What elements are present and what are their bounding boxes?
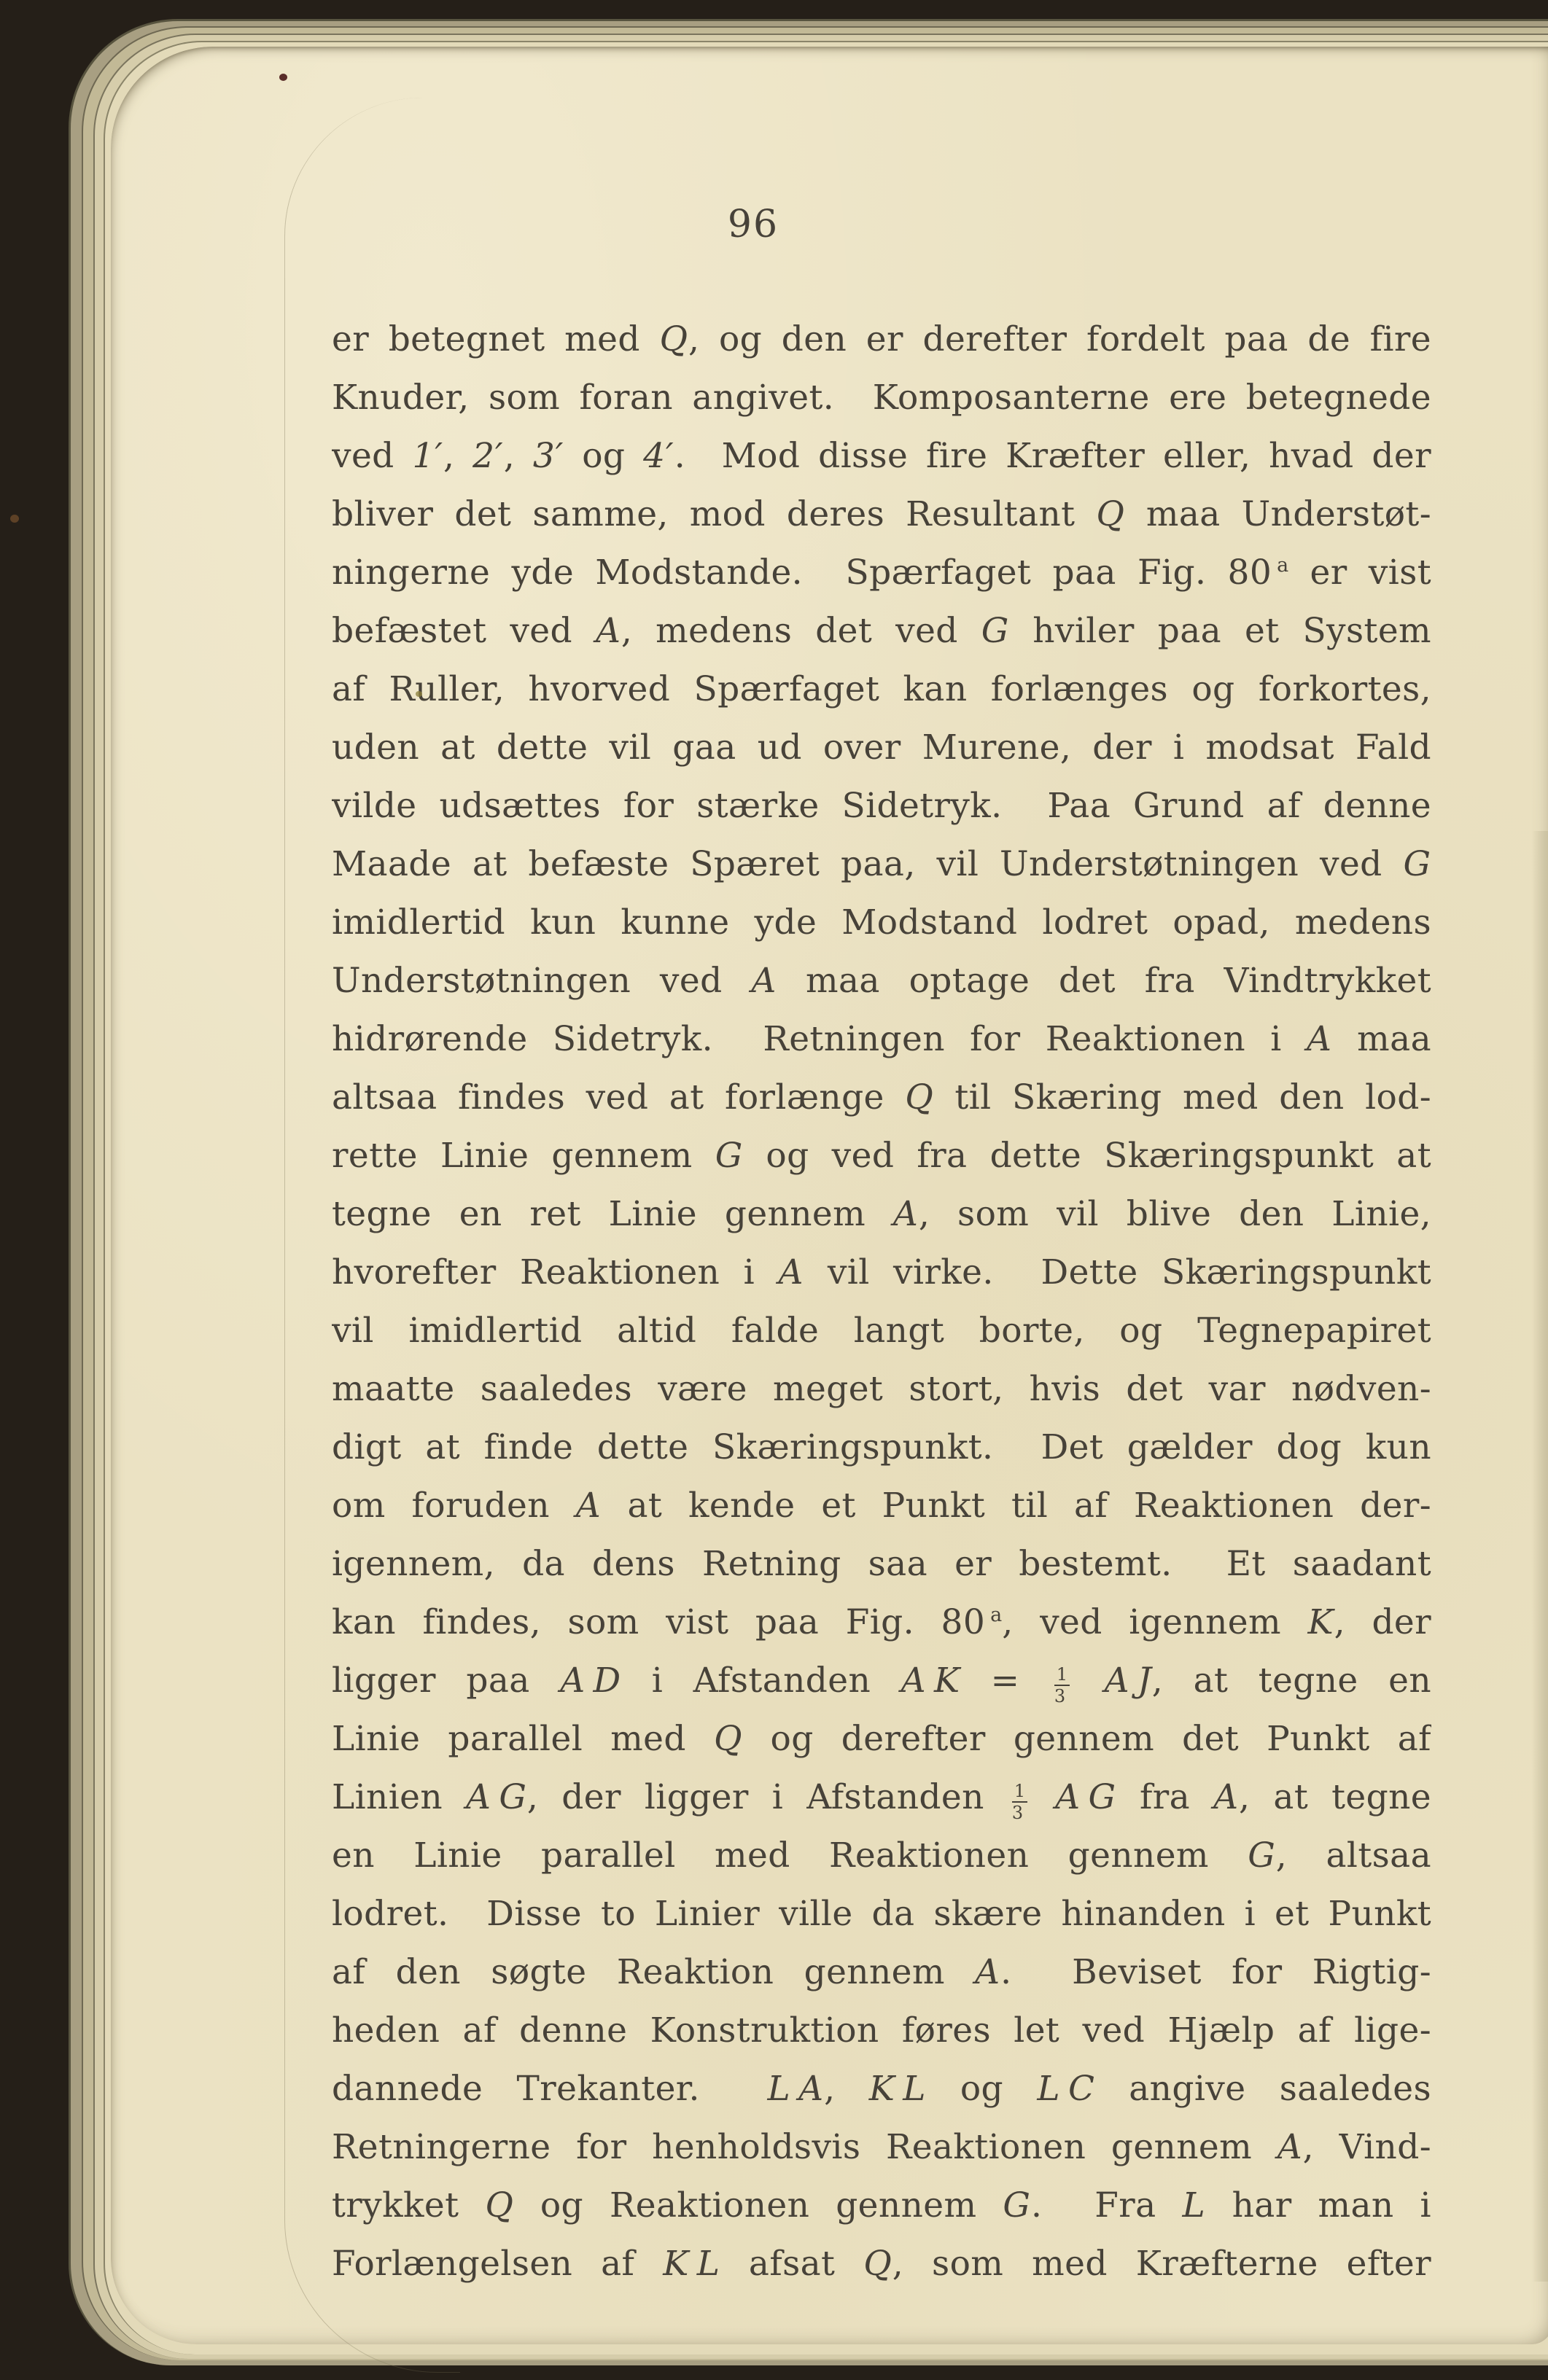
text-run: , at tegne en [1152, 1661, 1431, 1701]
text-run: dannede Trekanter. [332, 2069, 768, 2109]
math-var: A [596, 611, 621, 651]
text-run: , Vind- [1303, 2127, 1431, 2167]
book-photo: 96 er betegnet med Q, og den er derefter… [0, 0, 1548, 2380]
text-line: bliver det samme, mod deres Resultant Q … [332, 485, 1431, 544]
math-var: G [715, 1136, 744, 1176]
text-line: vil imidlertid altid falde langt borte, … [332, 1302, 1431, 1360]
text-run: at kende et Punkt til af Reaktionen der- [602, 1486, 1431, 1526]
text-run: om foruden [332, 1486, 576, 1526]
math-var: A [1213, 1777, 1239, 1817]
math-var: 4′ [643, 436, 674, 476]
text-line: trykket Q og Reaktionen gennem G. Fra L … [332, 2177, 1431, 2235]
text-run: ved [332, 436, 412, 476]
text-run: bliver det samme, mod deres Resultant [332, 494, 1096, 534]
text-line: Linien A G, der ligger i Afstanden 13 A … [332, 1768, 1431, 1827]
text-line: imidlertid kun kunne yde Modstand lodret… [332, 894, 1431, 952]
math-var: G [1003, 2185, 1031, 2225]
math-var: A [778, 1252, 804, 1292]
math-var: K [1307, 1602, 1334, 1642]
text-line: vilde udsættes for stærke Sidetryk. Paa … [332, 777, 1431, 835]
text-run: rette Linie gennem [332, 1136, 715, 1176]
fraction-numerator: 1 [1054, 1666, 1070, 1686]
text-run: en Linie parallel med Reaktionen gennem [332, 1835, 1248, 1876]
text-run: , [443, 436, 472, 476]
text-run: ningerne yde Modstande. Spærfaget paa Fi… [332, 553, 1272, 593]
text-run: . Beviset for Rigtig- [1000, 1952, 1431, 1992]
text-run: hvorefter Reaktionen i [332, 1252, 778, 1292]
paper-speck [10, 515, 19, 523]
text-line: ved 1′, 2′, 3′ og 4′. Mod disse fire Kræ… [332, 427, 1431, 485]
opposite-page-edge [1532, 831, 1548, 2282]
math-var: L [1182, 2185, 1205, 2225]
math-var: G [981, 611, 1010, 651]
math-var: Q [1096, 494, 1125, 534]
text-run: befæstet ved [332, 611, 596, 651]
math-var: A [893, 1194, 919, 1234]
text-block: er betegnet med Q, og den er derefter fo… [332, 311, 1431, 2293]
text-line: befæstet ved A, medens det ved G hviler … [332, 602, 1431, 660]
text-run: digt at finde dette Skæringspunkt. Det g… [332, 1427, 1431, 1467]
math-var: A K [901, 1661, 960, 1701]
text-line: er betegnet med Q, og den er derefter fo… [332, 311, 1431, 369]
text-line: maatte saaledes være meget stort, hvis d… [332, 1360, 1431, 1419]
text-run: , der [1334, 1602, 1431, 1642]
text-run: . Fra [1031, 2185, 1183, 2225]
text-line: Retningerne for henholdsvis Reaktionen g… [332, 2118, 1431, 2177]
text-run: , og den er derefter fordelt paa de fire [688, 319, 1431, 359]
text-line: heden af denne Konstruktion føres let ve… [332, 2002, 1431, 2060]
text-run: og [926, 2069, 1037, 2109]
text-run: Knuder, som foran angivet. Komposanterne… [332, 378, 1431, 418]
math-var: L A [768, 2069, 825, 2109]
math-var: A [751, 961, 777, 1001]
text-run: har man i [1206, 2185, 1431, 2225]
text-run: Linien [332, 1777, 466, 1817]
text-run: Maade at befæste Spæret paa, vil Underst… [332, 844, 1403, 884]
math-var: 2′ [472, 436, 504, 476]
text-run: , der ligger i Afstanden [527, 1777, 1008, 1817]
text-run: imidlertid kun kunne yde Modstand lodret… [332, 902, 1431, 943]
text-line: rette Linie gennem G og ved fra dette Sk… [332, 1127, 1431, 1185]
text-line: ligger paa A D i Afstanden A K = 13 A J,… [332, 1652, 1431, 1710]
text-line: hvorefter Reaktionen i A vil virke. Dett… [332, 1244, 1431, 1302]
math-var: Q [905, 1077, 934, 1117]
math-var: Q [863, 2244, 892, 2284]
text-line: igennem, da dens Retning saa er bestemt.… [332, 1535, 1431, 1593]
text-run: maa Understøt- [1125, 494, 1431, 534]
math-var: G [1403, 844, 1431, 884]
text-line: af den søgte Reaktion gennem A. Beviset … [332, 1943, 1431, 2002]
text-line: Understøtningen ved A maa optage det fra… [332, 952, 1431, 1010]
text-run: hidrørende Sidetryk. Retningen for Reakt… [332, 1019, 1307, 1059]
text-line: af Ruller, hvorved Spærfaget kan forlæng… [332, 660, 1431, 719]
text-line: om foruden A at kende et Punkt til af Re… [332, 1477, 1431, 1535]
math-var: A J [1105, 1661, 1152, 1701]
text-run: Retningerne for henholdsvis Reaktionen g… [332, 2127, 1277, 2167]
text-run: , [824, 2069, 869, 2109]
fraction-numerator: 1 [1012, 1782, 1027, 1803]
text-line: tegne en ret Linie gennem A, som vil bli… [332, 1185, 1431, 1244]
text-run: uden at dette vil gaa ud over Murene, de… [332, 727, 1431, 768]
math-var: A [975, 1952, 1000, 1992]
math-var: A G [1055, 1777, 1116, 1817]
math-var: K L [869, 2069, 927, 2109]
text-run: maa optage det fra Vindtrykket [777, 961, 1431, 1001]
fraction-one-third: 13 [1012, 1782, 1027, 1822]
text-run [1032, 1777, 1055, 1817]
page-number: 96 [691, 203, 815, 246]
math-var: 3′ [533, 436, 564, 476]
paper-speck [279, 74, 287, 81]
math-var: 1′ [412, 436, 443, 476]
text-run: maatte saaledes være meget stort, hvis d… [332, 1369, 1431, 1409]
text-run: kan findes, som vist paa Fig. 80 [332, 1602, 985, 1642]
figure-superscript: a [990, 1604, 1002, 1626]
text-run: , som vil blive den Linie, [919, 1194, 1431, 1234]
text-run: , at tegne [1239, 1777, 1431, 1817]
text-line: Knuder, som foran angivet. Komposanterne… [332, 369, 1431, 427]
text-run: , altsaa [1276, 1835, 1431, 1876]
text-run: i Afstanden [621, 1661, 901, 1701]
text-run: og derefter gennem det Punkt af [742, 1719, 1431, 1759]
text-run: , som med Kræfterne efter [892, 2244, 1431, 2284]
text-run: heden af denne Konstruktion føres let ve… [332, 2010, 1431, 2051]
fraction-one-third: 13 [1054, 1666, 1070, 1706]
text-line: ningerne yde Modstande. Spærfaget paa Fi… [332, 544, 1431, 602]
math-var: Q [659, 319, 688, 359]
text-line: Linie parallel med Q og derefter gennem … [332, 1710, 1431, 1768]
text-run: Forlængelsen af [332, 2244, 663, 2284]
math-var: A G [466, 1777, 527, 1817]
text-run: Understøtningen ved [332, 961, 751, 1001]
math-var: K L [663, 2244, 720, 2284]
text-run: og Reaktionen gennem [514, 2185, 1003, 2225]
text-line: hidrørende Sidetryk. Retningen for Reakt… [332, 1010, 1431, 1069]
text-line: altsaa findes ved at forlænge Q til Skær… [332, 1069, 1431, 1127]
text-run: angive saaledes [1095, 2069, 1431, 2109]
text-run: , medens det ved [621, 611, 981, 651]
text-run: , ved igennem [1002, 1602, 1307, 1642]
text-line: dannede Trekanter. L A, K L og L C angiv… [332, 2060, 1431, 2118]
text-run: tegne en ret Linie gennem [332, 1194, 893, 1234]
text-run: fra [1116, 1777, 1213, 1817]
text-line: Maade at befæste Spæret paa, vil Underst… [332, 835, 1431, 894]
text-line: Forlængelsen af K L afsat Q, som med Kræ… [332, 2235, 1431, 2293]
text-run: er vist [1288, 553, 1431, 593]
text-run: er betegnet med [332, 319, 659, 359]
paper-speck [416, 691, 422, 697]
text-run: og ved fra dette Skæringspunkt at [743, 1136, 1431, 1176]
text-run: Linie parallel med [332, 1719, 714, 1759]
text-run: afsat [720, 2244, 863, 2284]
text-run: hviler paa et System [1009, 611, 1431, 651]
text-run: lodret. Disse to Linier ville da skære h… [332, 1894, 1431, 1934]
text-run: igennem, da dens Retning saa er bestemt.… [332, 1544, 1431, 1584]
text-line: digt at finde dette Skæringspunkt. Det g… [332, 1419, 1431, 1477]
figure-superscript: a [1277, 554, 1288, 577]
text-run: maa [1332, 1019, 1431, 1059]
fraction-denominator: 3 [1054, 1686, 1070, 1706]
fraction-denominator: 3 [1012, 1803, 1027, 1822]
text-run [1074, 1661, 1104, 1701]
text-line: en Linie parallel med Reaktionen gennem … [332, 1827, 1431, 1885]
text-run: af Ruller, hvorved Spærfaget kan forlæng… [332, 669, 1431, 709]
text-run: , [504, 436, 533, 476]
math-var: Q [485, 2185, 514, 2225]
text-run: . Mod disse fire Kræfter eller, hvad der [674, 436, 1431, 476]
math-var: L C [1037, 2069, 1095, 2109]
text-run: til Skæring med den lod- [934, 1077, 1431, 1117]
text-run: vil virke. Dette Skæringspunkt [804, 1252, 1431, 1292]
text-run: vilde udsættes for stærke Sidetryk. Paa … [332, 786, 1431, 826]
math-var: A D [560, 1661, 621, 1701]
math-var: G [1248, 1835, 1276, 1876]
text-run: ligger paa [332, 1661, 560, 1701]
text-run: trykket [332, 2185, 485, 2225]
text-line: uden at dette vil gaa ud over Murene, de… [332, 719, 1431, 777]
text-run: altsaa findes ved at forlænge [332, 1077, 905, 1117]
text-run: af den søgte Reaktion gennem [332, 1952, 975, 1992]
text-run: vil imidlertid altid falde langt borte, … [332, 1311, 1431, 1351]
math-var: Q [714, 1719, 743, 1759]
text-line: lodret. Disse to Linier ville da skære h… [332, 1885, 1431, 1943]
text-run: = [960, 1661, 1050, 1701]
text-run: og [564, 436, 643, 476]
text-line: kan findes, som vist paa Fig. 80a, ved i… [332, 1593, 1431, 1652]
math-var: A [1277, 2127, 1303, 2167]
math-var: A [576, 1486, 602, 1526]
math-var: A [1307, 1019, 1332, 1059]
